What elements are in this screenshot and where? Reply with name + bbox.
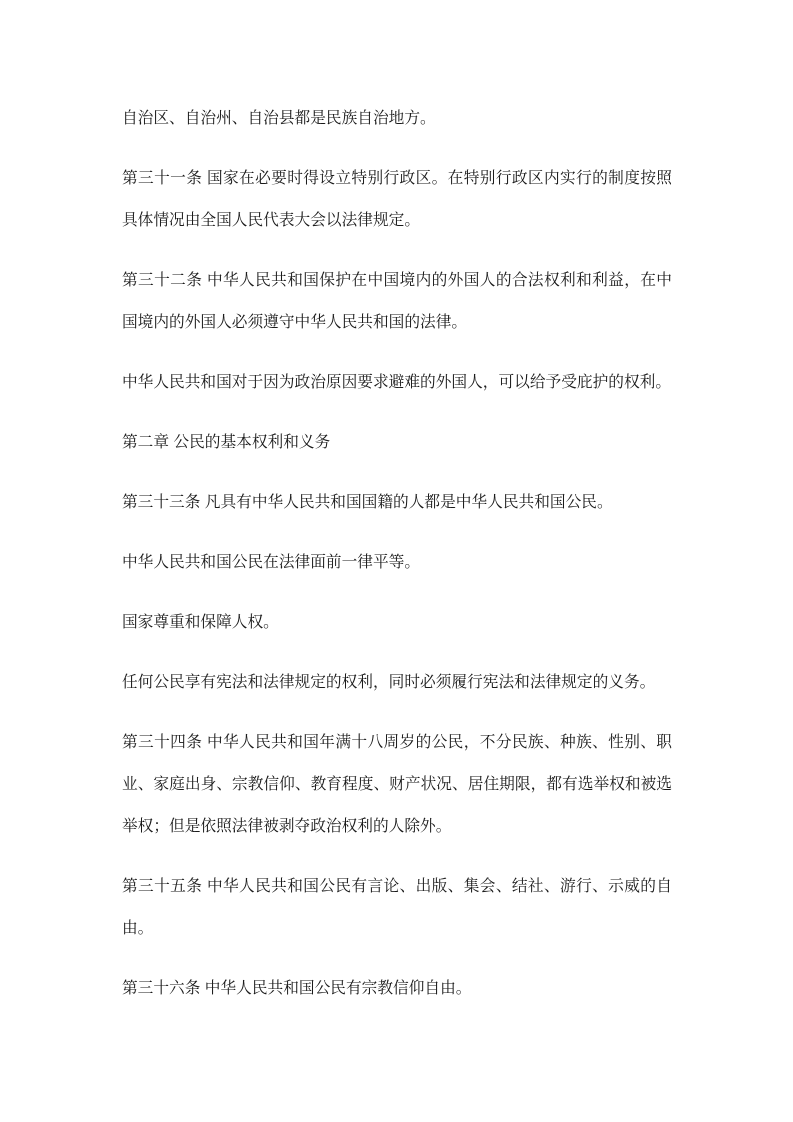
- text-line: 第三十二条 中华人民共和国保护在中国境内的外国人的合法权利和利益，在中: [122, 260, 672, 302]
- text-line: 自治区、自治州、自治县都是民族自治地方。: [122, 98, 672, 140]
- paragraph-article-31: 第三十一条 国家在必要时得设立特别行政区。在特别行政区内实行的制度按照 具体情况…: [122, 158, 672, 242]
- paragraph-equality: 中华人民共和国公民在法律面前一律平等。: [122, 542, 672, 584]
- paragraph-article-36: 第三十六条 中华人民共和国公民有宗教信仰自由。: [122, 968, 672, 1010]
- text-line: 国家尊重和保障人权。: [122, 602, 672, 644]
- paragraph-human-rights: 国家尊重和保障人权。: [122, 602, 672, 644]
- text-line: 具体情况由全国人民代表大会以法律规定。: [122, 200, 672, 242]
- text-line: 中华人民共和国公民在法律面前一律平等。: [122, 542, 672, 584]
- paragraph-article-32: 第三十二条 中华人民共和国保护在中国境内的外国人的合法权利和利益，在中 国境内的…: [122, 260, 672, 344]
- paragraph-article-33: 第三十三条 凡具有中华人民共和国国籍的人都是中华人民共和国公民。: [122, 482, 672, 524]
- paragraph-article-35: 第三十五条 中华人民共和国公民有言论、出版、集会、结社、游行、示威的自 由。: [122, 866, 672, 950]
- paragraph-rights-duties: 任何公民享有宪法和法律规定的权利，同时必须履行宪法和法律规定的义务。: [122, 662, 672, 704]
- text-line: 中华人民共和国对于因为政治原因要求避难的外国人，可以给予受庇护的权利。: [122, 362, 672, 404]
- text-line: 第三十三条 凡具有中华人民共和国国籍的人都是中华人民共和国公民。: [122, 482, 672, 524]
- text-line: 业、家庭出身、宗教信仰、教育程度、财产状况、居住期限，都有选举权和被选: [122, 764, 672, 806]
- text-line: 任何公民享有宪法和法律规定的权利，同时必须履行宪法和法律规定的义务。: [122, 662, 672, 704]
- text-line: 第三十一条 国家在必要时得设立特别行政区。在特别行政区内实行的制度按照: [122, 158, 672, 200]
- text-line: 第三十四条 中华人民共和国年满十八周岁的公民，不分民族、种族、性别、职: [122, 722, 672, 764]
- chapter-2-heading: 第二章 公民的基本权利和义务: [122, 422, 672, 464]
- paragraph-article-34: 第三十四条 中华人民共和国年满十八周岁的公民，不分民族、种族、性别、职 业、家庭…: [122, 722, 672, 848]
- paragraph-asylum: 中华人民共和国对于因为政治原因要求避难的外国人，可以给予受庇护的权利。: [122, 362, 672, 404]
- document-page: 自治区、自治州、自治县都是民族自治地方。 第三十一条 国家在必要时得设立特别行政…: [0, 0, 793, 1122]
- text-line: 举权；但是依照法律被剥夺政治权利的人除外。: [122, 806, 672, 848]
- text-line: 第二章 公民的基本权利和义务: [122, 422, 672, 464]
- text-line: 国境内的外国人必须遵守中华人民共和国的法律。: [122, 302, 672, 344]
- text-line: 第三十六条 中华人民共和国公民有宗教信仰自由。: [122, 968, 672, 1010]
- paragraph-autonomous-areas: 自治区、自治州、自治县都是民族自治地方。: [122, 98, 672, 140]
- text-line: 由。: [122, 908, 672, 950]
- text-line: 第三十五条 中华人民共和国公民有言论、出版、集会、结社、游行、示威的自: [122, 866, 672, 908]
